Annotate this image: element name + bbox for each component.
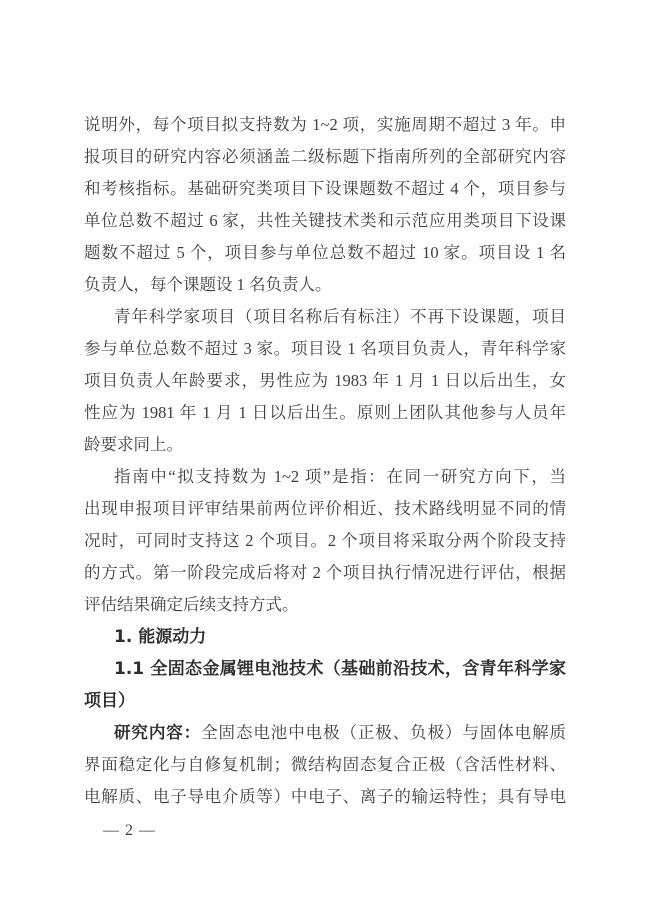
text-line: 负责人，每个课题设 1 名负责人。 (84, 269, 566, 301)
paragraph-young-scientist-project: 青年科学家项目（项目名称后有标注）不再下设课题，项目参与单位总数不超过 3 家。… (84, 301, 566, 461)
page-number: — 2 — (103, 822, 156, 840)
document-body: 说明外，每个项目拟支持数为 1~2 项，实施周期不超过 3 年。申报项目的研究内… (84, 109, 566, 813)
text-line: 界面稳定化与自修复机制；微结构固态复合正极（含活性材料、 (84, 749, 566, 781)
text-line: 1.1 全固态金属锂电池技术（基础前沿技术，含青年科学家 (84, 653, 566, 685)
text-line: 和考核指标。基础研究类项目下设课题数不超过 4 个，项目参与 (84, 173, 566, 205)
text-line: 单位总数不超过 6 家，共性关键技术类和示范应用类项目下设课 (84, 205, 566, 237)
text-line: 电解质、电子导电介质等）中电子、离子的输运特性；具有导电 (84, 781, 566, 813)
text-line: 项目） (84, 685, 566, 717)
text-line: 况时，可同时支持这 2 个项目。2 个项目将采取分两个阶段支持 (84, 525, 566, 557)
document-page: 说明外，每个项目拟支持数为 1~2 项，实施周期不超过 3 年。申报项目的研究内… (0, 0, 650, 920)
text-line: 出现申报项目评审结果前两位评价相近、技术路线明显不同的情 (84, 493, 566, 525)
text-line: 的方式。第一阶段完成后将对 2 个项目执行情况进行评估，根据 (84, 557, 566, 589)
heading-section-1: 1. 能源动力 (84, 621, 566, 653)
paragraph-research-content: 研究内容：全固态电池中电极（正极、负极）与固体电解质界面稳定化与自修复机制；微结… (84, 717, 566, 813)
text-line: 龄要求同上。 (84, 429, 566, 461)
text-line: 报项目的研究内容必须涵盖二级标题下指南所列的全部研究内容 (84, 141, 566, 173)
text-line: 研究内容：全固态电池中电极（正极、负极）与固体电解质 (84, 717, 566, 749)
paragraph-support-number-definition: 指南中“拟支持数为 1~2 项”是指：在同一研究方向下，当出现申报项目评审结果前… (84, 461, 566, 621)
text-line: 指南中“拟支持数为 1~2 项”是指：在同一研究方向下，当 (84, 461, 566, 493)
text-line: 性应为 1981 年 1 月 1 日以后出生。原则上团队其他参与人员年 (84, 397, 566, 429)
text-line: 青年科学家项目（项目名称后有标注）不再下设课题，项目 (84, 301, 566, 333)
text-line: 评估结果确定后续支持方式。 (84, 589, 566, 621)
inline-bold-label: 研究内容： (114, 723, 201, 742)
text-line: 题数不超过 5 个，项目参与单位总数不超过 10 家。项目设 1 名 (84, 237, 566, 269)
text-line: 1. 能源动力 (84, 621, 566, 653)
text-line: 参与单位总数不超过 3 家。项目设 1 名项目负责人，青年科学家 (84, 333, 566, 365)
heading-section-1-1: 1.1 全固态金属锂电池技术（基础前沿技术，含青年科学家项目） (84, 653, 566, 717)
paragraph-project-requirements: 说明外，每个项目拟支持数为 1~2 项，实施周期不超过 3 年。申报项目的研究内… (84, 109, 566, 301)
text-line: 项目负责人年龄要求，男性应为 1983 年 1 月 1 日以后出生，女 (84, 365, 566, 397)
text-line: 说明外，每个项目拟支持数为 1~2 项，实施周期不超过 3 年。申 (84, 109, 566, 141)
